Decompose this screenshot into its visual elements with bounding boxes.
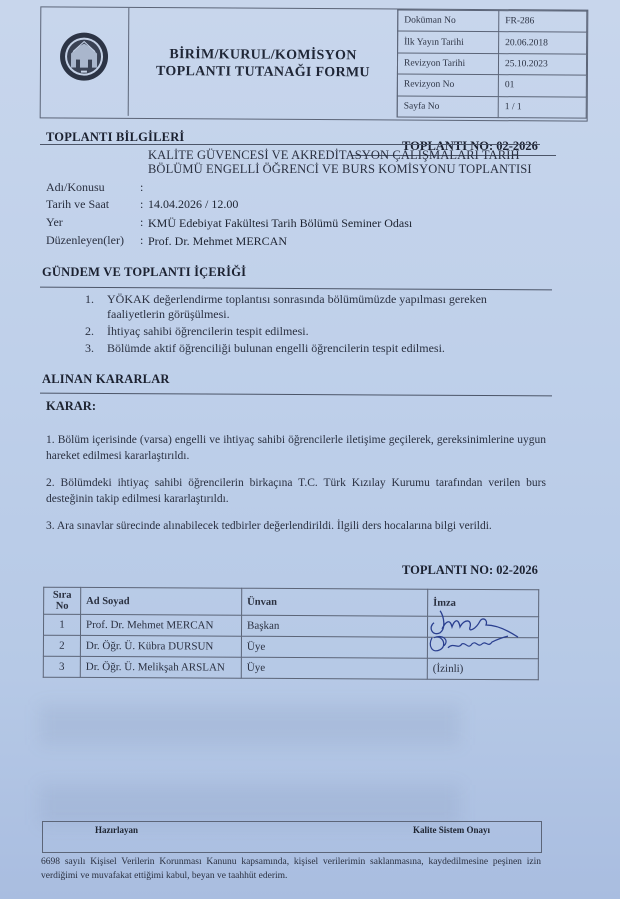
colon: : <box>140 197 143 212</box>
cell-signature-status: (İzinli) <box>427 658 538 680</box>
meta-row: Sayfa No1 / 1 <box>397 96 586 119</box>
logo-cell <box>41 7 130 116</box>
meta-label: İlk Yayın Tarihi <box>398 31 499 53</box>
title-cell: BİRİM/KURUL/KOMİSYON TOPLANTI TUTANAĞI F… <box>129 8 399 118</box>
meta-row: Revizyon Tarihi25.10.2023 <box>397 53 586 76</box>
kvkk-consent-text: 6698 sayılı Kişisel Verilerin Korunması … <box>41 855 541 883</box>
agenda-item-text: YÖKAK değerlendirme toplantısı sonrasınd… <box>107 292 525 322</box>
column-header-order: Sıra No <box>44 587 81 614</box>
subject-line2: BÖLÜMÜ ENGELLİ ÖĞRENCİ VE BURS KOMİSYONU… <box>148 162 532 176</box>
participants-table: Sıra No Ad Soyad Ünvan İmza 1 Prof. Dr. … <box>43 587 539 681</box>
meta-label: Sayfa No <box>397 96 498 118</box>
section-divider <box>40 287 552 291</box>
section-title-decisions: ALINAN KARARLAR <box>42 372 170 387</box>
decision-item: 2. Bölümdeki ihtiyaç sahibi öğrencilerin… <box>46 475 546 507</box>
agenda-item: 2.İhtiyaç sahibi öğrencilerin tespit edi… <box>85 324 525 339</box>
agenda-list: 1.YÖKAK değerlendirme toplantısı sonrası… <box>85 292 525 358</box>
meta-value: 25.10.2023 <box>498 53 586 75</box>
meeting-subject: KALİTE GÜVENCESİ VE AKREDİTASYON ÇALIŞMA… <box>148 148 532 176</box>
paper-fold-shadow <box>40 785 460 825</box>
signature-icon <box>426 628 536 659</box>
meeting-number: TOPLANTI NO: 02-2026 <box>402 563 538 578</box>
cell-title: Başkan <box>241 615 427 637</box>
form-title-line1: BİRİM/KURUL/KOMİSYON <box>129 46 397 65</box>
agenda-item-text: Bölümde aktif öğrenciliği bulunan engell… <box>107 341 445 356</box>
form-title-line2: TOPLANTI TUTANAĞI FORMU <box>129 63 397 82</box>
subject-line1: KALİTE GÜVENCESİ VE AKREDİTASYON ÇALIŞMA… <box>148 148 532 162</box>
value-location: KMÜ Edebiyat Fakültesi Tarih Bölümü Semi… <box>148 216 412 231</box>
cell-order: 1 <box>43 614 80 635</box>
cell-name: Dr. Öğr. Ü. Kübra DURSUN <box>80 635 241 657</box>
decision-heading: KARAR: <box>46 399 96 414</box>
cell-signature <box>427 637 538 659</box>
meta-label: Doküman No <box>398 10 499 32</box>
cell-name: Dr. Öğr. Ü. Melikşah ARSLAN <box>80 656 241 678</box>
cell-title: Üye <box>241 657 427 679</box>
colon: : <box>140 233 143 248</box>
meta-value: 20.06.2018 <box>499 32 587 54</box>
agenda-item-text: İhtiyaç sahibi öğrencilerin tespit edilm… <box>107 324 309 339</box>
cell-title: Üye <box>241 636 427 658</box>
column-header-title: Ünvan <box>242 588 428 616</box>
agenda-item-number: 1. <box>85 292 107 322</box>
meta-label: Revizyon No <box>397 74 498 96</box>
label-subject: Adı/Konusu <box>46 180 105 195</box>
meta-value: 01 <box>498 75 586 97</box>
document-meta-table: Doküman NoFR-286 İlk Yayın Tarihi20.06.2… <box>397 10 588 119</box>
section-title-agenda: GÜNDEM VE TOPLANTI İÇERİĞİ <box>42 265 246 280</box>
label-date-time: Tarih ve Saat <box>46 197 109 212</box>
cell-name: Prof. Dr. Mehmet MERCAN <box>80 614 241 636</box>
paper-fold-shadow <box>40 705 460 745</box>
cell-order: 2 <box>43 635 80 656</box>
column-header-name: Ad Soyad <box>81 587 242 615</box>
meta-label: Revizyon Tarihi <box>397 53 498 75</box>
agenda-item-number: 3. <box>85 341 107 356</box>
agenda-item: 1.YÖKAK değerlendirme toplantısı sonrası… <box>85 292 525 322</box>
prepared-by-label: Hazırlayan <box>95 825 138 835</box>
agenda-item-number: 2. <box>85 324 107 339</box>
approval-box: Hazırlayan Kalite Sistem Onayı <box>42 821 542 853</box>
table-row: 2 Dr. Öğr. Ü. Kübra DURSUN Üye <box>43 635 538 659</box>
decision-item: 1. Bölüm içerisinde (varsa) engelli ve i… <box>46 432 546 464</box>
section-title-meeting-info: TOPLANTI BİLGİLERİ <box>46 130 184 145</box>
value-date-time: 14.04.2026 / 12.00 <box>148 197 238 212</box>
decision-item: 3. Ara sınavlar sürecinde alınabilecek t… <box>46 518 546 534</box>
colon: : <box>140 180 143 195</box>
section-divider <box>40 144 540 145</box>
section-divider <box>40 393 552 397</box>
meta-value: FR-286 <box>499 11 587 33</box>
meta-row: Doküman NoFR-286 <box>398 10 587 33</box>
label-location: Yer <box>46 215 63 230</box>
table-row: 3 Dr. Öğr. Ü. Melikşah ARSLAN Üye (İzinl… <box>43 656 538 680</box>
agenda-item: 3.Bölümde aktif öğrenciliği bulunan enge… <box>85 341 525 356</box>
meta-value: 1 / 1 <box>498 96 586 118</box>
label-organizer: Düzenleyen(ler) <box>46 233 124 248</box>
quality-approval-label: Kalite Sistem Onayı <box>413 825 490 835</box>
colon: : <box>140 215 143 230</box>
value-organizer: Prof. Dr. Mehmet MERCAN <box>148 234 287 249</box>
meeting-minutes-form: BİRİM/KURUL/KOMİSYON TOPLANTI TUTANAĞI F… <box>0 0 620 899</box>
form-title: BİRİM/KURUL/KOMİSYON TOPLANTI TUTANAĞI F… <box>129 46 397 82</box>
university-seal-icon <box>59 29 109 83</box>
meta-row: İlk Yayın Tarihi20.06.2018 <box>398 31 587 54</box>
form-header: BİRİM/KURUL/KOMİSYON TOPLANTI TUTANAĞI F… <box>40 6 589 121</box>
cell-order: 3 <box>43 656 80 677</box>
meta-row: Revizyon No01 <box>397 74 586 97</box>
